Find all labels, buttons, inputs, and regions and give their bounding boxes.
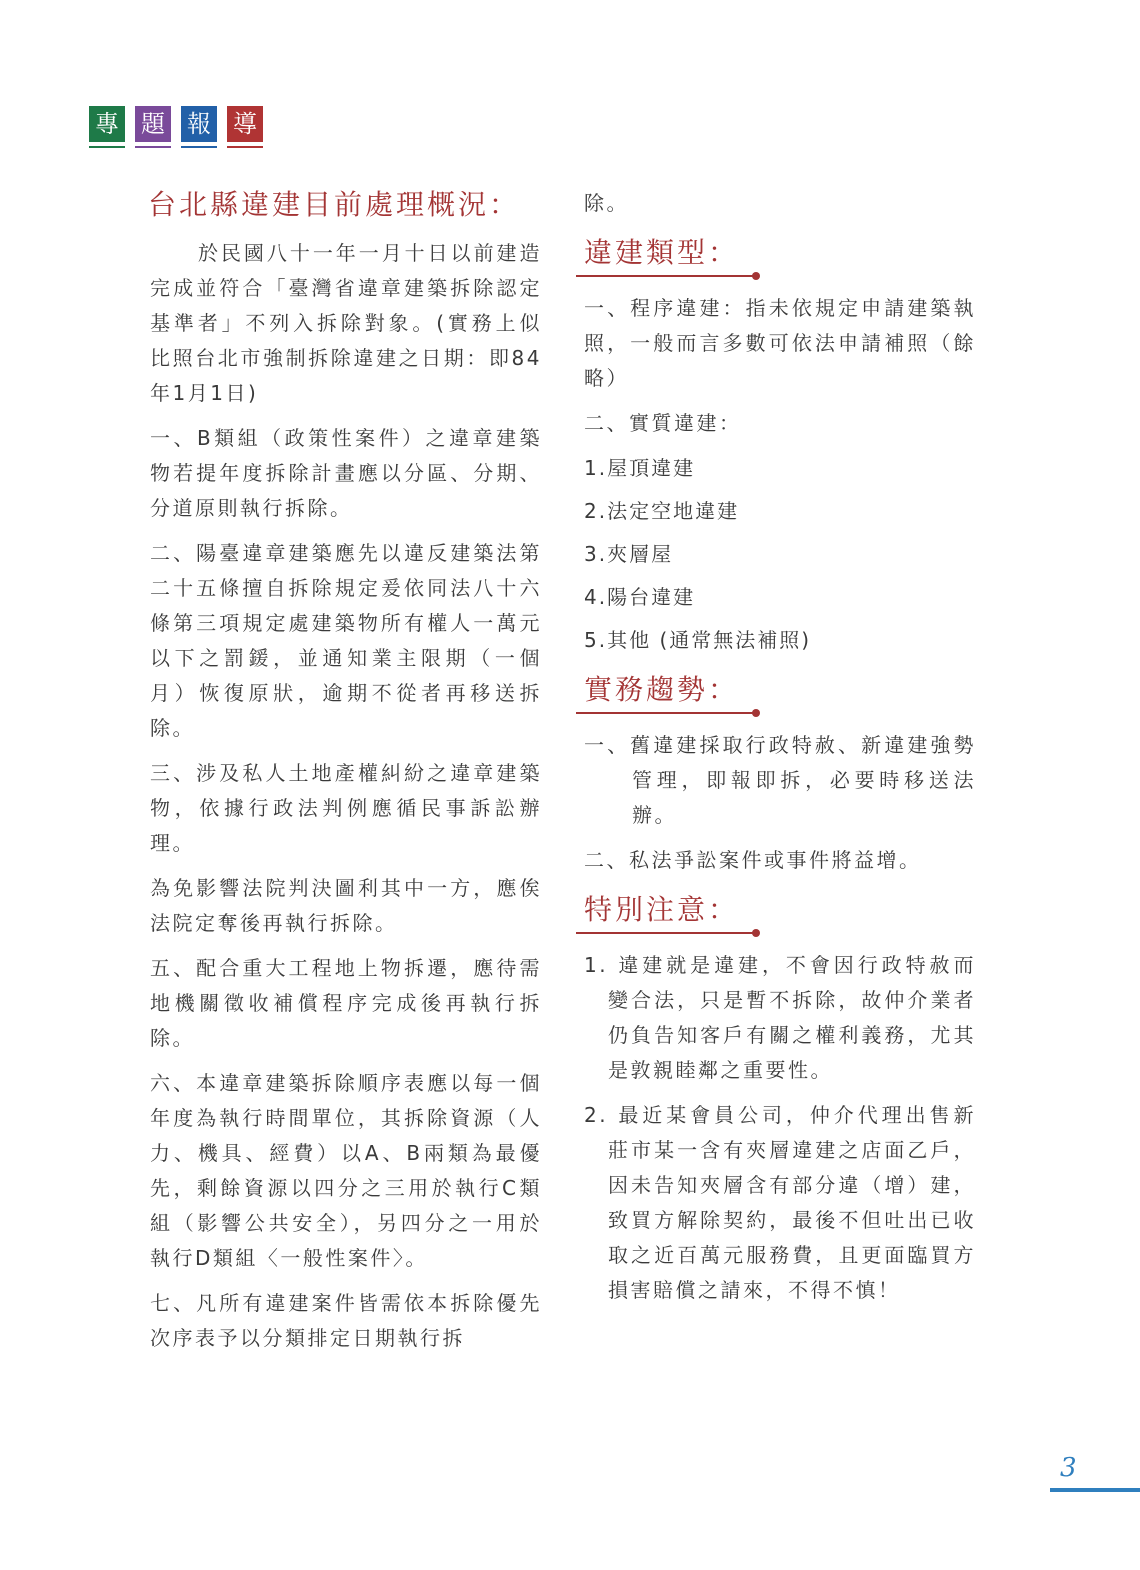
paragraph-item: 三、涉及私人土地產權糾紛之違章建築物，依據行政法判例應循民事訴訟辦理。 [150,756,542,861]
list-item: 2.法定空地違建 [584,494,976,529]
section-heading-types: 違建類型： [576,235,976,279]
badge-zhuan: 專 [89,106,125,148]
section-title-status: 台北縣違建目前處理概況： [148,186,542,224]
section-heading-trends: 實務趨勢： [576,672,976,716]
paragraph-item: 1. 違建就是違建，不會因行政特赦而變合法，只是暫不拆除，故仲介業者仍負告知客戶… [584,948,976,1088]
list-item: 1.屋頂違建 [584,451,976,486]
badge-underline [135,146,171,148]
paragraph-item: 2. 最近某會員公司，仲介代理出售新莊市某一含有夾層違建之店面乙戶，因未告知夾層… [584,1098,976,1308]
paragraph-item: 七、凡所有違建案件皆需依本拆除優先次序表予以分類排定日期執行拆 [150,1286,542,1356]
section-title: 特別注意： [584,892,976,928]
badge-underline [227,146,263,148]
heading-dot-icon [752,709,760,717]
page-number-underline [1050,1488,1140,1492]
badge-underline [89,146,125,148]
heading-underline [576,712,756,714]
heading-underline [576,275,756,277]
page-number: 3 [1060,1453,1077,1483]
right-column: 除。 違建類型： 一、程序違建：指未依規定申請建築執照，一般而言多數可依法申請補… [584,186,976,1318]
list-item: 3.夾層屋 [584,537,976,572]
paragraph-item: 一、程序違建：指未依規定申請建築執照，一般而言多數可依法申請補照（餘略） [584,291,976,396]
heading-dot-icon [752,929,760,937]
badge-bao: 報 [181,106,217,148]
paragraph-item: 二、陽臺違章建築應先以違反建築法第二十五條擅自拆除規定爰依同法八十六條第三項規定… [150,536,542,746]
list-item: 4.陽台違建 [584,580,976,615]
heading-underline [576,932,756,934]
section-title: 違建類型： [584,235,976,271]
paragraph-item: 一、舊違建採取行政特赦、新違建強勢管理，即報即拆，必要時移送法辦。 [584,728,976,833]
section-title: 實務趨勢： [584,672,976,708]
left-column: 台北縣違建目前處理概況： 於民國八十一年一月十日以前建造完成並符合「臺灣省違章建… [150,186,542,1366]
paragraph-item: 二、私法爭訟案件或事件將益增。 [584,843,976,878]
paragraph-item: 五、配合重大工程地上物拆遷，應待需地機關徵收補償程序完成後再執行拆除。 [150,951,542,1056]
paragraph-item: 二、實質違建： [584,406,976,441]
badge-dao: 導 [227,106,263,148]
paragraph-item: 一、B類組（政策性案件）之違章建築物若提年度拆除計畫應以分區、分期、分道原則執行… [150,421,542,526]
paragraph-item: 六、本違章建築拆除順序表應以每一個年度為執行時間單位，其拆除資源（人力、機具、經… [150,1066,542,1276]
badge-ti: 題 [135,106,171,148]
intro-paragraph: 於民國八十一年一月十日以前建造完成並符合「臺灣省違章建築拆除認定基準者」不列入拆… [150,236,542,411]
badge-underline [181,146,217,148]
list-item: 5.其他 (通常無法補照) [584,623,976,658]
paragraph-item: 為免影響法院判決圖利其中一方，應俟法院定奪後再執行拆除。 [150,871,542,941]
heading-dot-icon [752,272,760,280]
section-badge: 專 題 報 導 [89,106,263,148]
section-heading-notes: 特別注意： [576,892,976,936]
continued-text: 除。 [584,186,976,221]
